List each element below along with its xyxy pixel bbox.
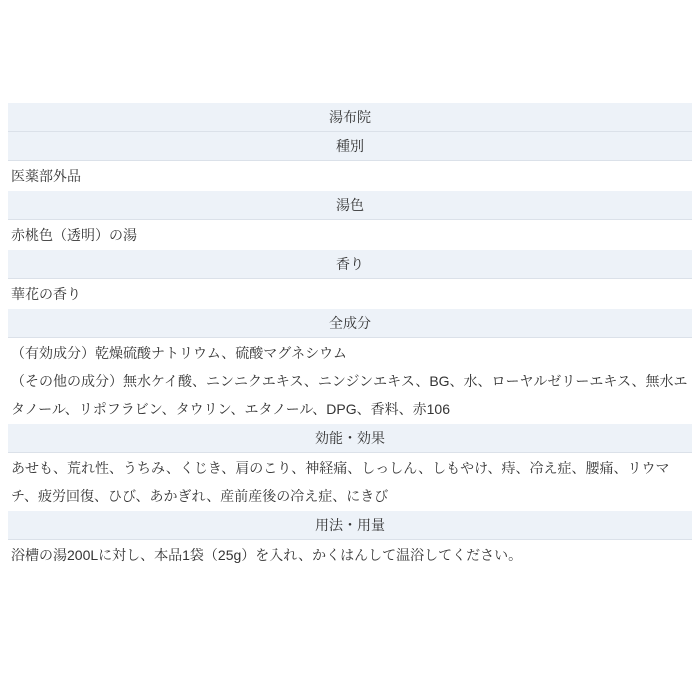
product-name-header: 湯布院 — [8, 103, 692, 132]
header-category-text: 種別 — [336, 138, 364, 154]
header-effects-text: 効能・効果 — [315, 430, 385, 446]
header-ingredients: 全成分 — [8, 309, 692, 338]
ingredients-active-line: （有効成分）乾燥硫酸ナトリウム、硫酸マグネシウム — [11, 339, 689, 367]
product-name-text: 湯布院 — [329, 109, 371, 125]
value-water-color: 赤桃色（透明）の湯 — [8, 220, 692, 250]
value-usage-text: 浴槽の湯200Lに対し、本品1袋（25g）を入れ、かくはんして温浴してください。 — [11, 547, 522, 563]
ingredients-other-line: （その他の成分）無水ケイ酸、ニンニクエキス、ニンジンエキス、BG、水、ローヤルゼ… — [11, 367, 689, 423]
header-ingredients-text: 全成分 — [329, 315, 371, 331]
value-fragrance: 華花の香り — [8, 279, 692, 309]
value-fragrance-text: 華花の香り — [11, 286, 81, 302]
value-effects-text: あせも、荒れ性、うちみ、くじき、肩のこり、神経痛、しっしん、しもやけ、痔、冷え症… — [11, 460, 670, 504]
header-category: 種別 — [8, 132, 692, 161]
header-usage-text: 用法・用量 — [315, 517, 385, 533]
value-water-color-text: 赤桃色（透明）の湯 — [11, 227, 137, 243]
product-spec-table: 湯布院 種別 医薬部外品 湯色 赤桃色（透明）の湯 香り 華花の香り 全成分 （… — [8, 103, 692, 570]
header-usage: 用法・用量 — [8, 511, 692, 540]
header-fragrance: 香り — [8, 250, 692, 279]
value-category-text: 医薬部外品 — [11, 168, 81, 184]
value-ingredients: （有効成分）乾燥硫酸ナトリウム、硫酸マグネシウム （その他の成分）無水ケイ酸、ニ… — [8, 338, 692, 424]
header-effects: 効能・効果 — [8, 424, 692, 453]
header-fragrance-text: 香り — [336, 256, 364, 272]
header-water-color-text: 湯色 — [336, 197, 364, 213]
value-usage: 浴槽の湯200Lに対し、本品1袋（25g）を入れ、かくはんして温浴してください。 — [8, 540, 692, 570]
value-category: 医薬部外品 — [8, 161, 692, 191]
value-effects: あせも、荒れ性、うちみ、くじき、肩のこり、神経痛、しっしん、しもやけ、痔、冷え症… — [8, 453, 692, 511]
header-water-color: 湯色 — [8, 191, 692, 220]
